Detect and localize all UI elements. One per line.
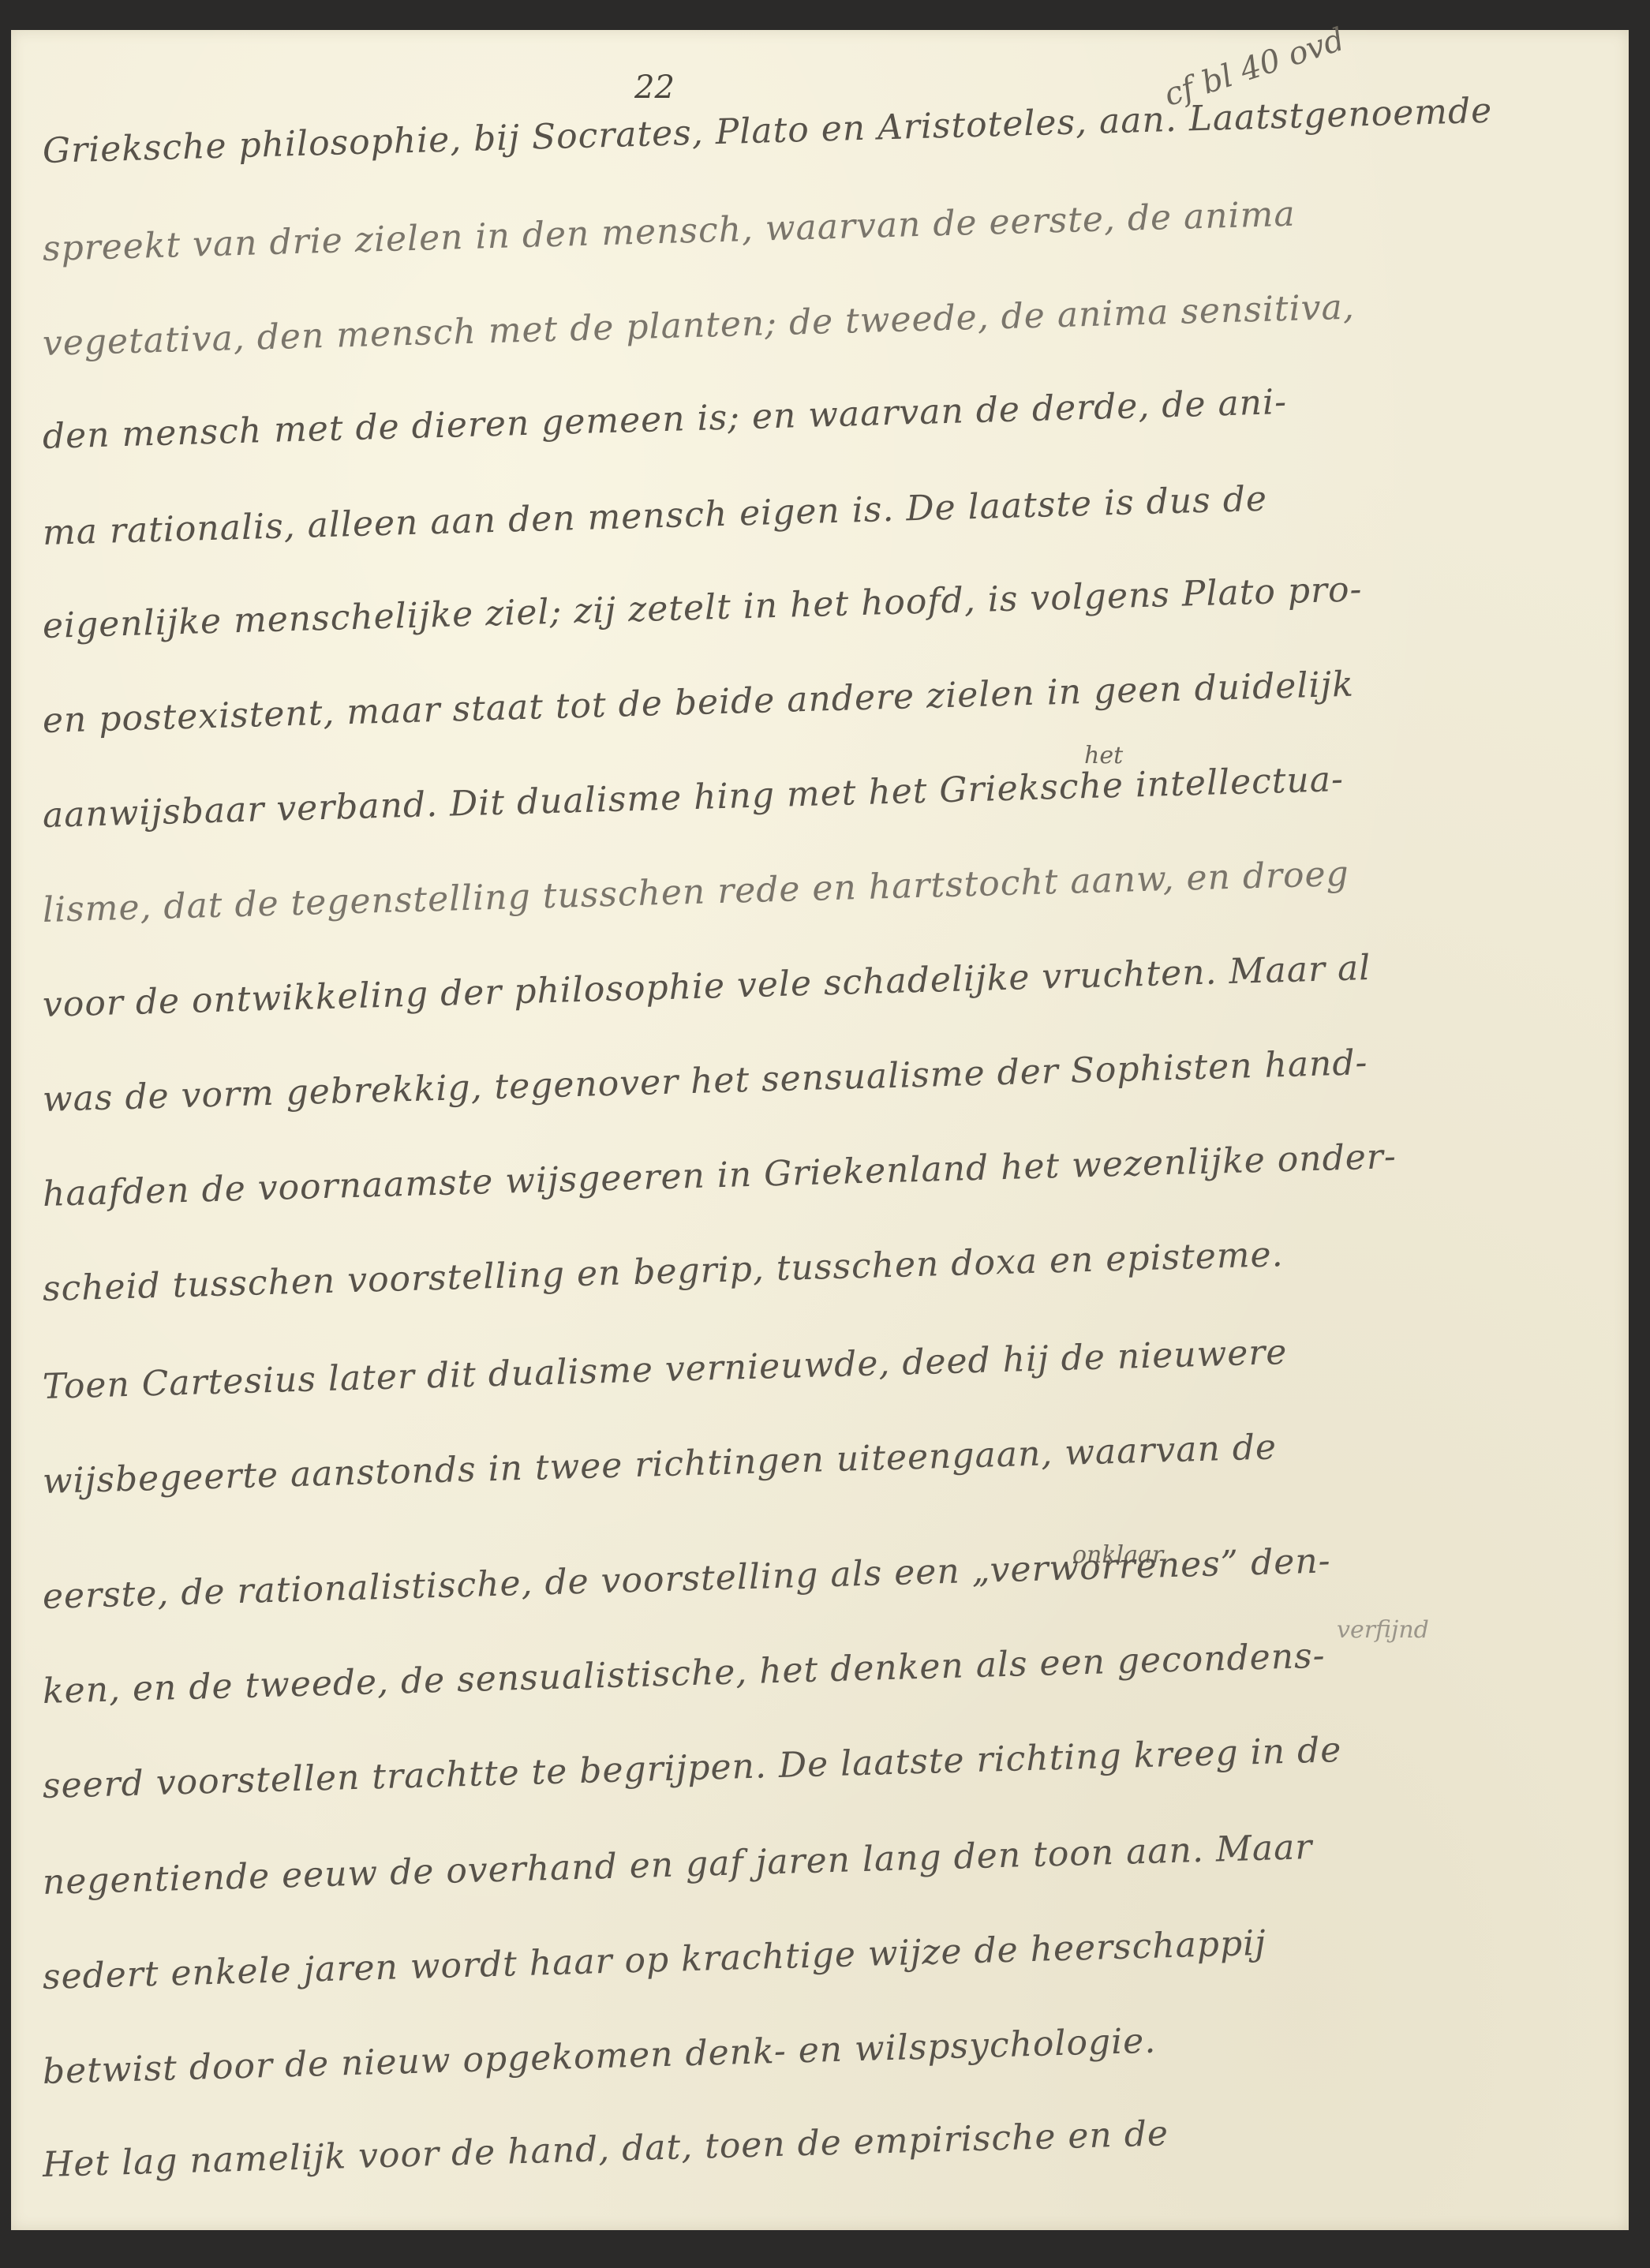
text-line: sedert enkele jaren wordt haar op kracht… bbox=[42, 1913, 1613, 1997]
text-line: eerste, de rationalistische, de voorstel… bbox=[42, 1533, 1613, 1617]
text-line: voor de ontwikkeling der philosophie vel… bbox=[42, 941, 1613, 1025]
text-line: wijsbegeerte aanstonds in twee richtinge… bbox=[42, 1417, 1613, 1502]
text-line: Grieksche philosophie, bij Socrates, Pla… bbox=[42, 87, 1613, 171]
text-line: scheid tusschen voorstelling en begrip, … bbox=[42, 1225, 1613, 1309]
text-line: betwist door de nieuw opgekomen denk- en… bbox=[42, 2008, 1613, 2092]
text-line: negentiende eeuw de overhand en gaf jare… bbox=[42, 1818, 1613, 1903]
text-line: Het lag namelijk voor de hand, dat, toen… bbox=[42, 2101, 1613, 2185]
text-line: ken, en de tweede, de sensualistische, h… bbox=[42, 1627, 1613, 1712]
text-line: spreekt van drie zielen in den mensch, w… bbox=[42, 185, 1613, 269]
page-number: 22 bbox=[634, 69, 675, 106]
text-line: eigenlijke menschelijke ziel; zij zetelt… bbox=[42, 562, 1613, 646]
text-line: en postexistent, maar staat tot de beide… bbox=[42, 657, 1613, 741]
text-line: was de vorm gebrekkig, tegenover het sen… bbox=[42, 1035, 1613, 1120]
text-line: den mensch met de dieren gemeen is; en w… bbox=[42, 372, 1613, 457]
text-line: haafden de voornaamste wijsgeeren in Gri… bbox=[42, 1130, 1613, 1214]
text-line: lisme, dat de tegenstelling tusschen red… bbox=[42, 846, 1613, 930]
text-line: seerd voorstellen trachtte te begrijpen.… bbox=[42, 1722, 1613, 1806]
manuscript-page: 22 cf bl 40 ovd Grieksche philosophie, b… bbox=[11, 30, 1629, 2230]
text-line: Toen Cartesius later dit dualisme vernie… bbox=[42, 1323, 1613, 1407]
text-line: vegetativa, den mensch met de planten; d… bbox=[42, 279, 1613, 364]
text-line: aanwijsbaar verband. Dit dualisme hing m… bbox=[42, 751, 1613, 836]
text-line: ma rationalis, alleen aan den mensch eig… bbox=[42, 469, 1613, 553]
